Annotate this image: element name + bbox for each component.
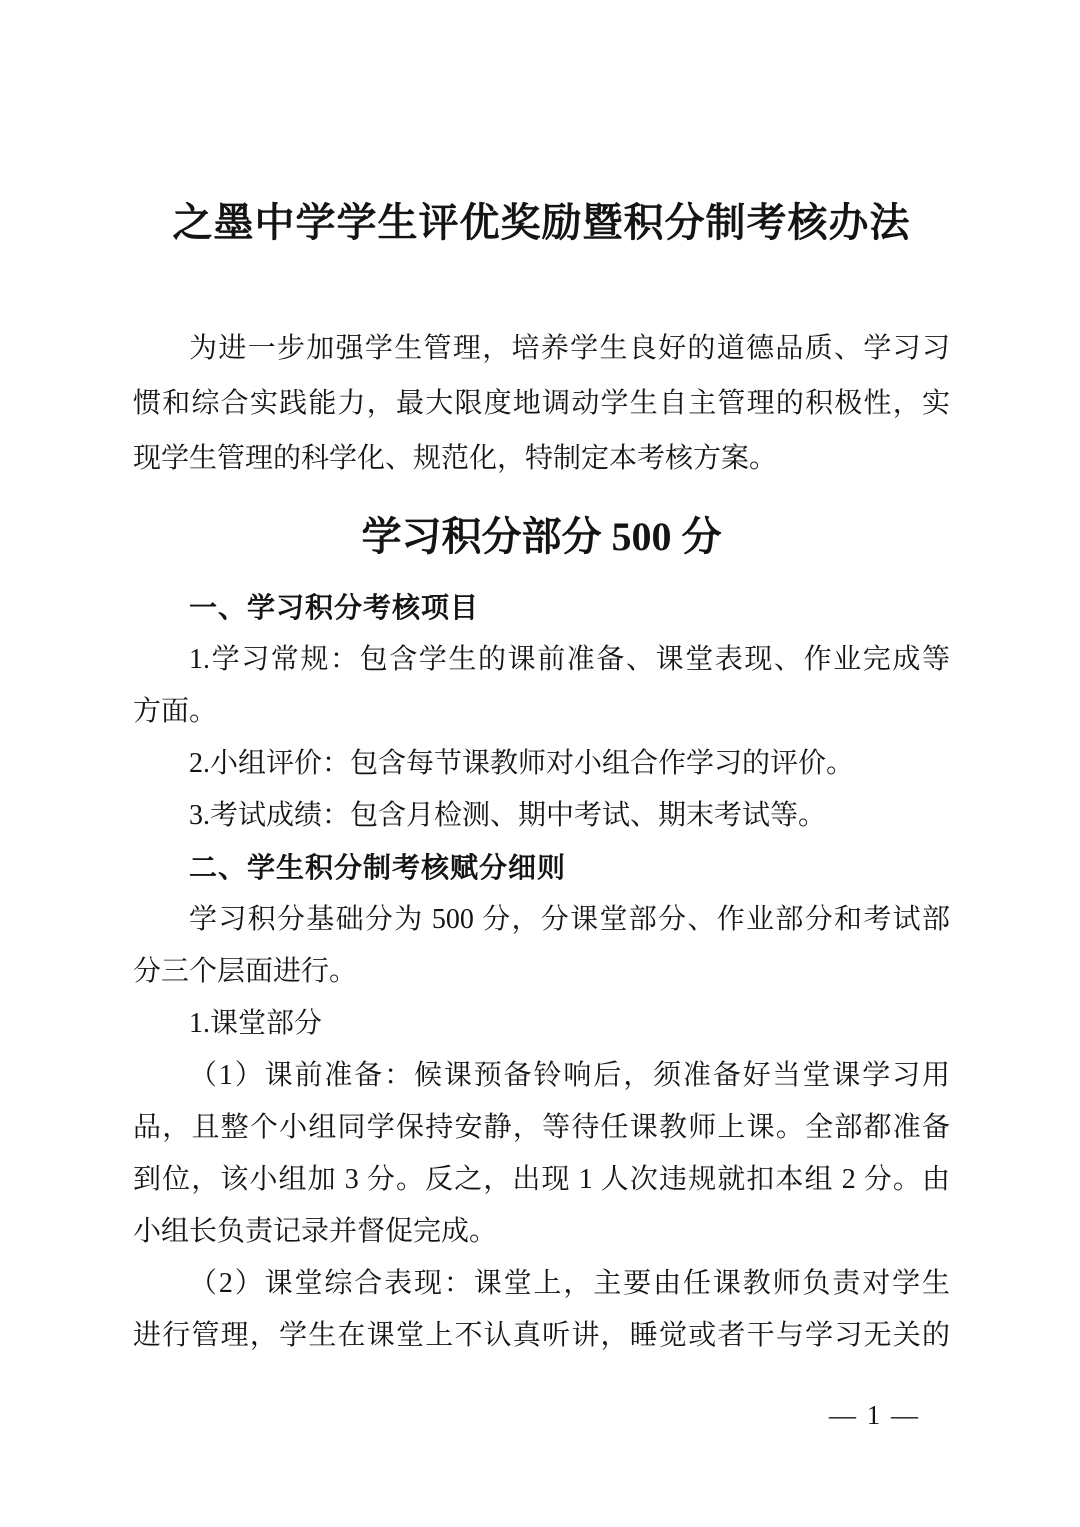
text-line: 2.小组评价：包含每节课教师对小组合作学习的评价。 <box>133 738 950 790</box>
text-line: 方面。 <box>133 686 950 738</box>
text-line: （2）课堂综合表现：课堂上，主要由任课教师负责对学生 <box>133 1258 950 1310</box>
text-line: 3.考试成绩：包含月检测、期中考试、期末考试等。 <box>133 790 950 842</box>
text-line: 现学生管理的科学化、规范化，特制定本考核方案。 <box>133 431 950 486</box>
subsection-heading: 二、学生积分制考核赋分细则 <box>133 842 950 894</box>
document-page: 之墨中学学生评优奖励暨积分制考核办法 为进一步加强学生管理，培养学生良好的道德品… <box>0 0 1080 1527</box>
page-number: — 1 — <box>829 1398 920 1432</box>
text-line: 小组长负责记录并督促完成。 <box>133 1206 950 1258</box>
document-title: 之墨中学学生评优奖励暨积分制考核办法 <box>133 0 950 249</box>
text-line: 进行管理，学生在课堂上不认真听讲，睡觉或者干与学习无关的 <box>133 1310 950 1362</box>
subsection-heading: 一、学习积分考核项目 <box>133 582 950 634</box>
section-heading: 学习积分部分 500 分 <box>133 509 950 565</box>
intro-paragraph: 为进一步加强学生管理，培养学生良好的道德品质、学习习惯和综合实践能力，最大限度地… <box>133 321 950 486</box>
text-line: 惯和综合实践能力，最大限度地调动学生自主管理的积极性，实 <box>133 376 950 431</box>
text-line: 1.学习常规：包含学生的课前准备、课堂表现、作业完成等 <box>133 634 950 686</box>
content-column: 之墨中学学生评优奖励暨积分制考核办法 为进一步加强学生管理，培养学生良好的道德品… <box>0 0 1080 1362</box>
text-line: 为进一步加强学生管理，培养学生良好的道德品质、学习习 <box>133 321 950 376</box>
text-line: 品，且整个小组同学保持安静，等待任课教师上课。全部都准备 <box>133 1102 950 1154</box>
text-line: （1）课前准备：候课预备铃响后，须准备好当堂课学习用 <box>133 1050 950 1102</box>
text-line: 1.课堂部分 <box>133 998 950 1050</box>
text-line: 到位，该小组加 3 分。反之，出现 1 人次违规就扣本组 2 分。由 <box>133 1154 950 1206</box>
text-line: 分三个层面进行。 <box>133 946 950 998</box>
text-line: 学习积分基础分为 500 分，分课堂部分、作业部分和考试部 <box>133 894 950 946</box>
document-body: 一、学习积分考核项目1.学习常规：包含学生的课前准备、课堂表现、作业完成等方面。… <box>133 582 950 1362</box>
